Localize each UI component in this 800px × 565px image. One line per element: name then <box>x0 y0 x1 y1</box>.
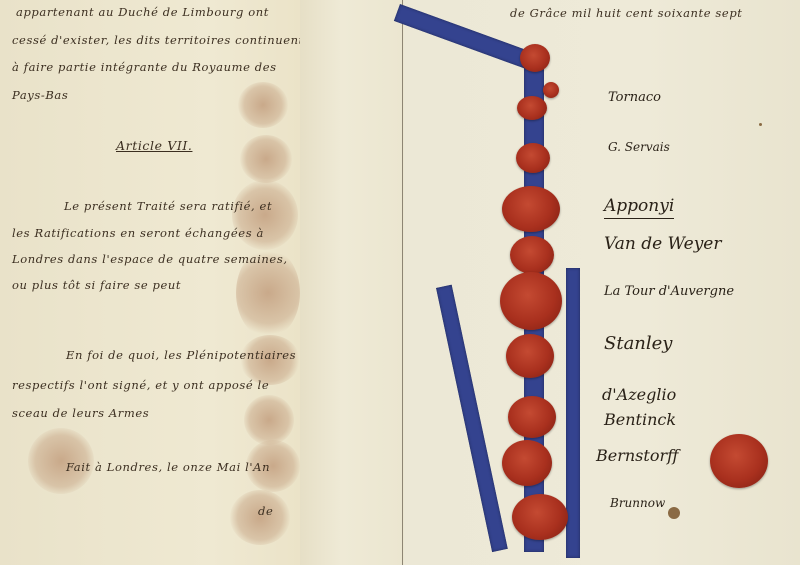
text-line: de <box>258 504 273 518</box>
stain <box>244 395 294 445</box>
stain <box>240 135 292 183</box>
small-wax-dot <box>668 507 680 519</box>
wax-seal <box>510 236 554 274</box>
text-line: ou plus tôt si faire se peut <box>12 278 181 292</box>
wax-seal <box>500 272 562 330</box>
signature: Brunnow <box>610 496 665 510</box>
wax-seal <box>517 96 547 120</box>
signature: La Tour d'Auvergne <box>604 284 734 299</box>
text-line: Le présent Traité sera ratifié, et <box>64 199 272 213</box>
wax-seal <box>512 494 568 540</box>
article-title: Article VII. <box>116 138 192 153</box>
signature: Van de Weyer <box>604 234 722 254</box>
ink-dot <box>759 123 762 126</box>
signature: G. Servais <box>608 140 670 154</box>
document-spread: appartenant au Duché de Limbourg ont ces… <box>0 0 800 565</box>
page-gutter <box>300 0 404 565</box>
signature: d'Azeglio <box>602 385 676 404</box>
signature: Tornaco <box>608 90 661 105</box>
wax-seal <box>502 440 552 486</box>
signature: Bernstorff <box>596 446 678 465</box>
text-line: En foi de quoi, les Plénipotentiaires <box>66 348 296 362</box>
stain <box>238 82 288 128</box>
text-line: les Ratifications en seront échangées à <box>12 226 264 240</box>
signature: Bentinck <box>604 410 676 429</box>
text-line: respectifs l'ont signé, et y ont apposé … <box>12 378 269 392</box>
right-page: de Grâce mil huit cent soixante sept Tor… <box>404 0 800 565</box>
signature: Apponyi <box>604 196 674 219</box>
text-line: sceau de leurs Armes <box>12 406 149 420</box>
ribbon-right-tail <box>566 268 580 558</box>
text-line: appartenant au Duché de Limbourg ont <box>16 5 269 19</box>
wax-seal <box>710 434 768 488</box>
text-line: Londres dans l'espace de quatre semaines… <box>12 252 288 266</box>
wax-seal <box>508 396 556 438</box>
wax-seal <box>516 143 550 173</box>
wax-seal <box>502 186 560 232</box>
signature: Stanley <box>604 333 672 354</box>
text-line: Fait à Londres, le onze Mai l'An <box>66 460 270 474</box>
date-line: de Grâce mil huit cent soixante sept <box>510 6 743 20</box>
fold-line <box>402 0 403 565</box>
text-line: Pays-Bas <box>12 88 68 102</box>
wax-seal <box>543 82 559 98</box>
wax-seal <box>520 44 550 72</box>
text-line: à faire partie intégrante du Royaume des <box>12 60 277 74</box>
text-line: cessé d'exister, les dits territoires co… <box>12 33 304 47</box>
left-page: appartenant au Duché de Limbourg ont ces… <box>0 0 300 565</box>
wax-seal <box>506 334 554 378</box>
